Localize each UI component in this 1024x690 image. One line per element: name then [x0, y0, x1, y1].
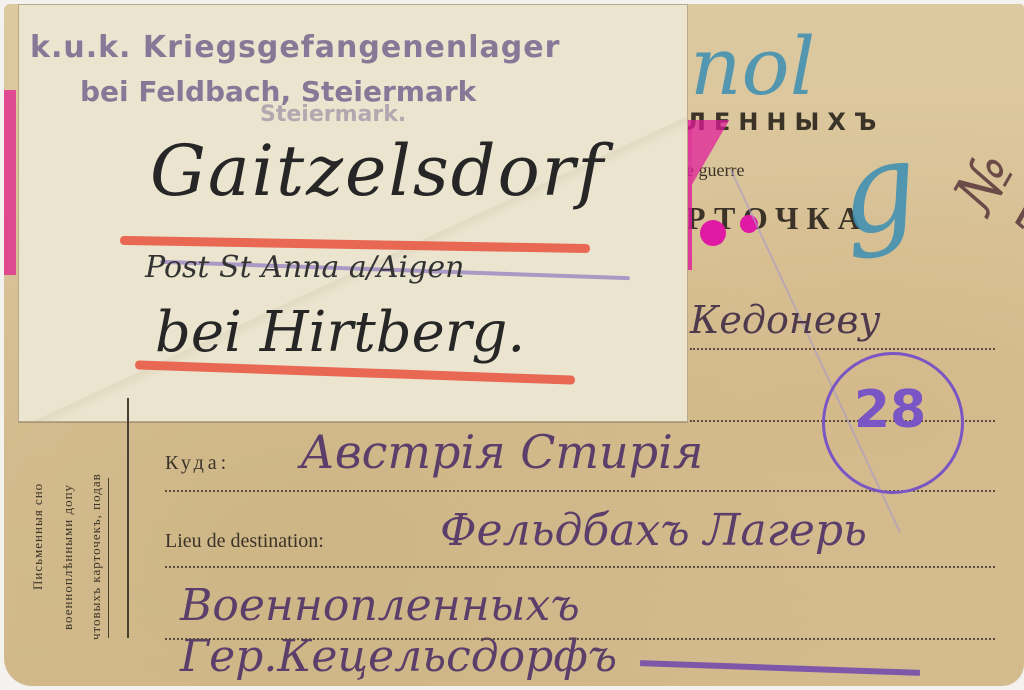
camp-stamp-line-1: k.u.k. Kriegsgefangenenlager	[30, 30, 560, 65]
address-line	[690, 348, 995, 350]
address-line	[165, 566, 995, 568]
address-post: Post St Anna a/Aigen	[145, 250, 464, 285]
pink-stamp-blot	[700, 220, 726, 246]
side-text-line-2: военноплѣнными допу	[60, 484, 76, 630]
camp-stamp-line-3: Steiermark.	[260, 102, 406, 127]
pink-censor-stamp	[684, 120, 792, 270]
side-rule	[108, 478, 109, 638]
addressee-name: Кедоневу	[690, 298, 881, 342]
address-line	[165, 638, 995, 640]
lieu-value-line-1: Фельдбахъ Лагерь	[440, 505, 867, 556]
side-border	[127, 398, 129, 638]
censor-stamp-number: 28	[850, 380, 930, 440]
pink-stamp-strip	[4, 90, 16, 275]
lieu-de-destination-label: Lieu de destination:	[165, 530, 324, 553]
kuda-label: Куда:	[165, 452, 230, 475]
address-village: Gaitzelsdorf	[150, 130, 605, 212]
kuda-value: Австрія Стирія	[300, 425, 703, 479]
address-town: bei Hirtberg.	[155, 300, 525, 365]
blue-pencil-scrawl: nol	[690, 20, 815, 113]
lieu-value-line-2: Военнопленныхъ Гер.Кецельсдорфъ	[180, 580, 1024, 682]
side-text-line-3: чтовыхъ карточекъ, подав	[88, 473, 104, 640]
side-text-line-1: Письменныя сно	[30, 483, 46, 590]
